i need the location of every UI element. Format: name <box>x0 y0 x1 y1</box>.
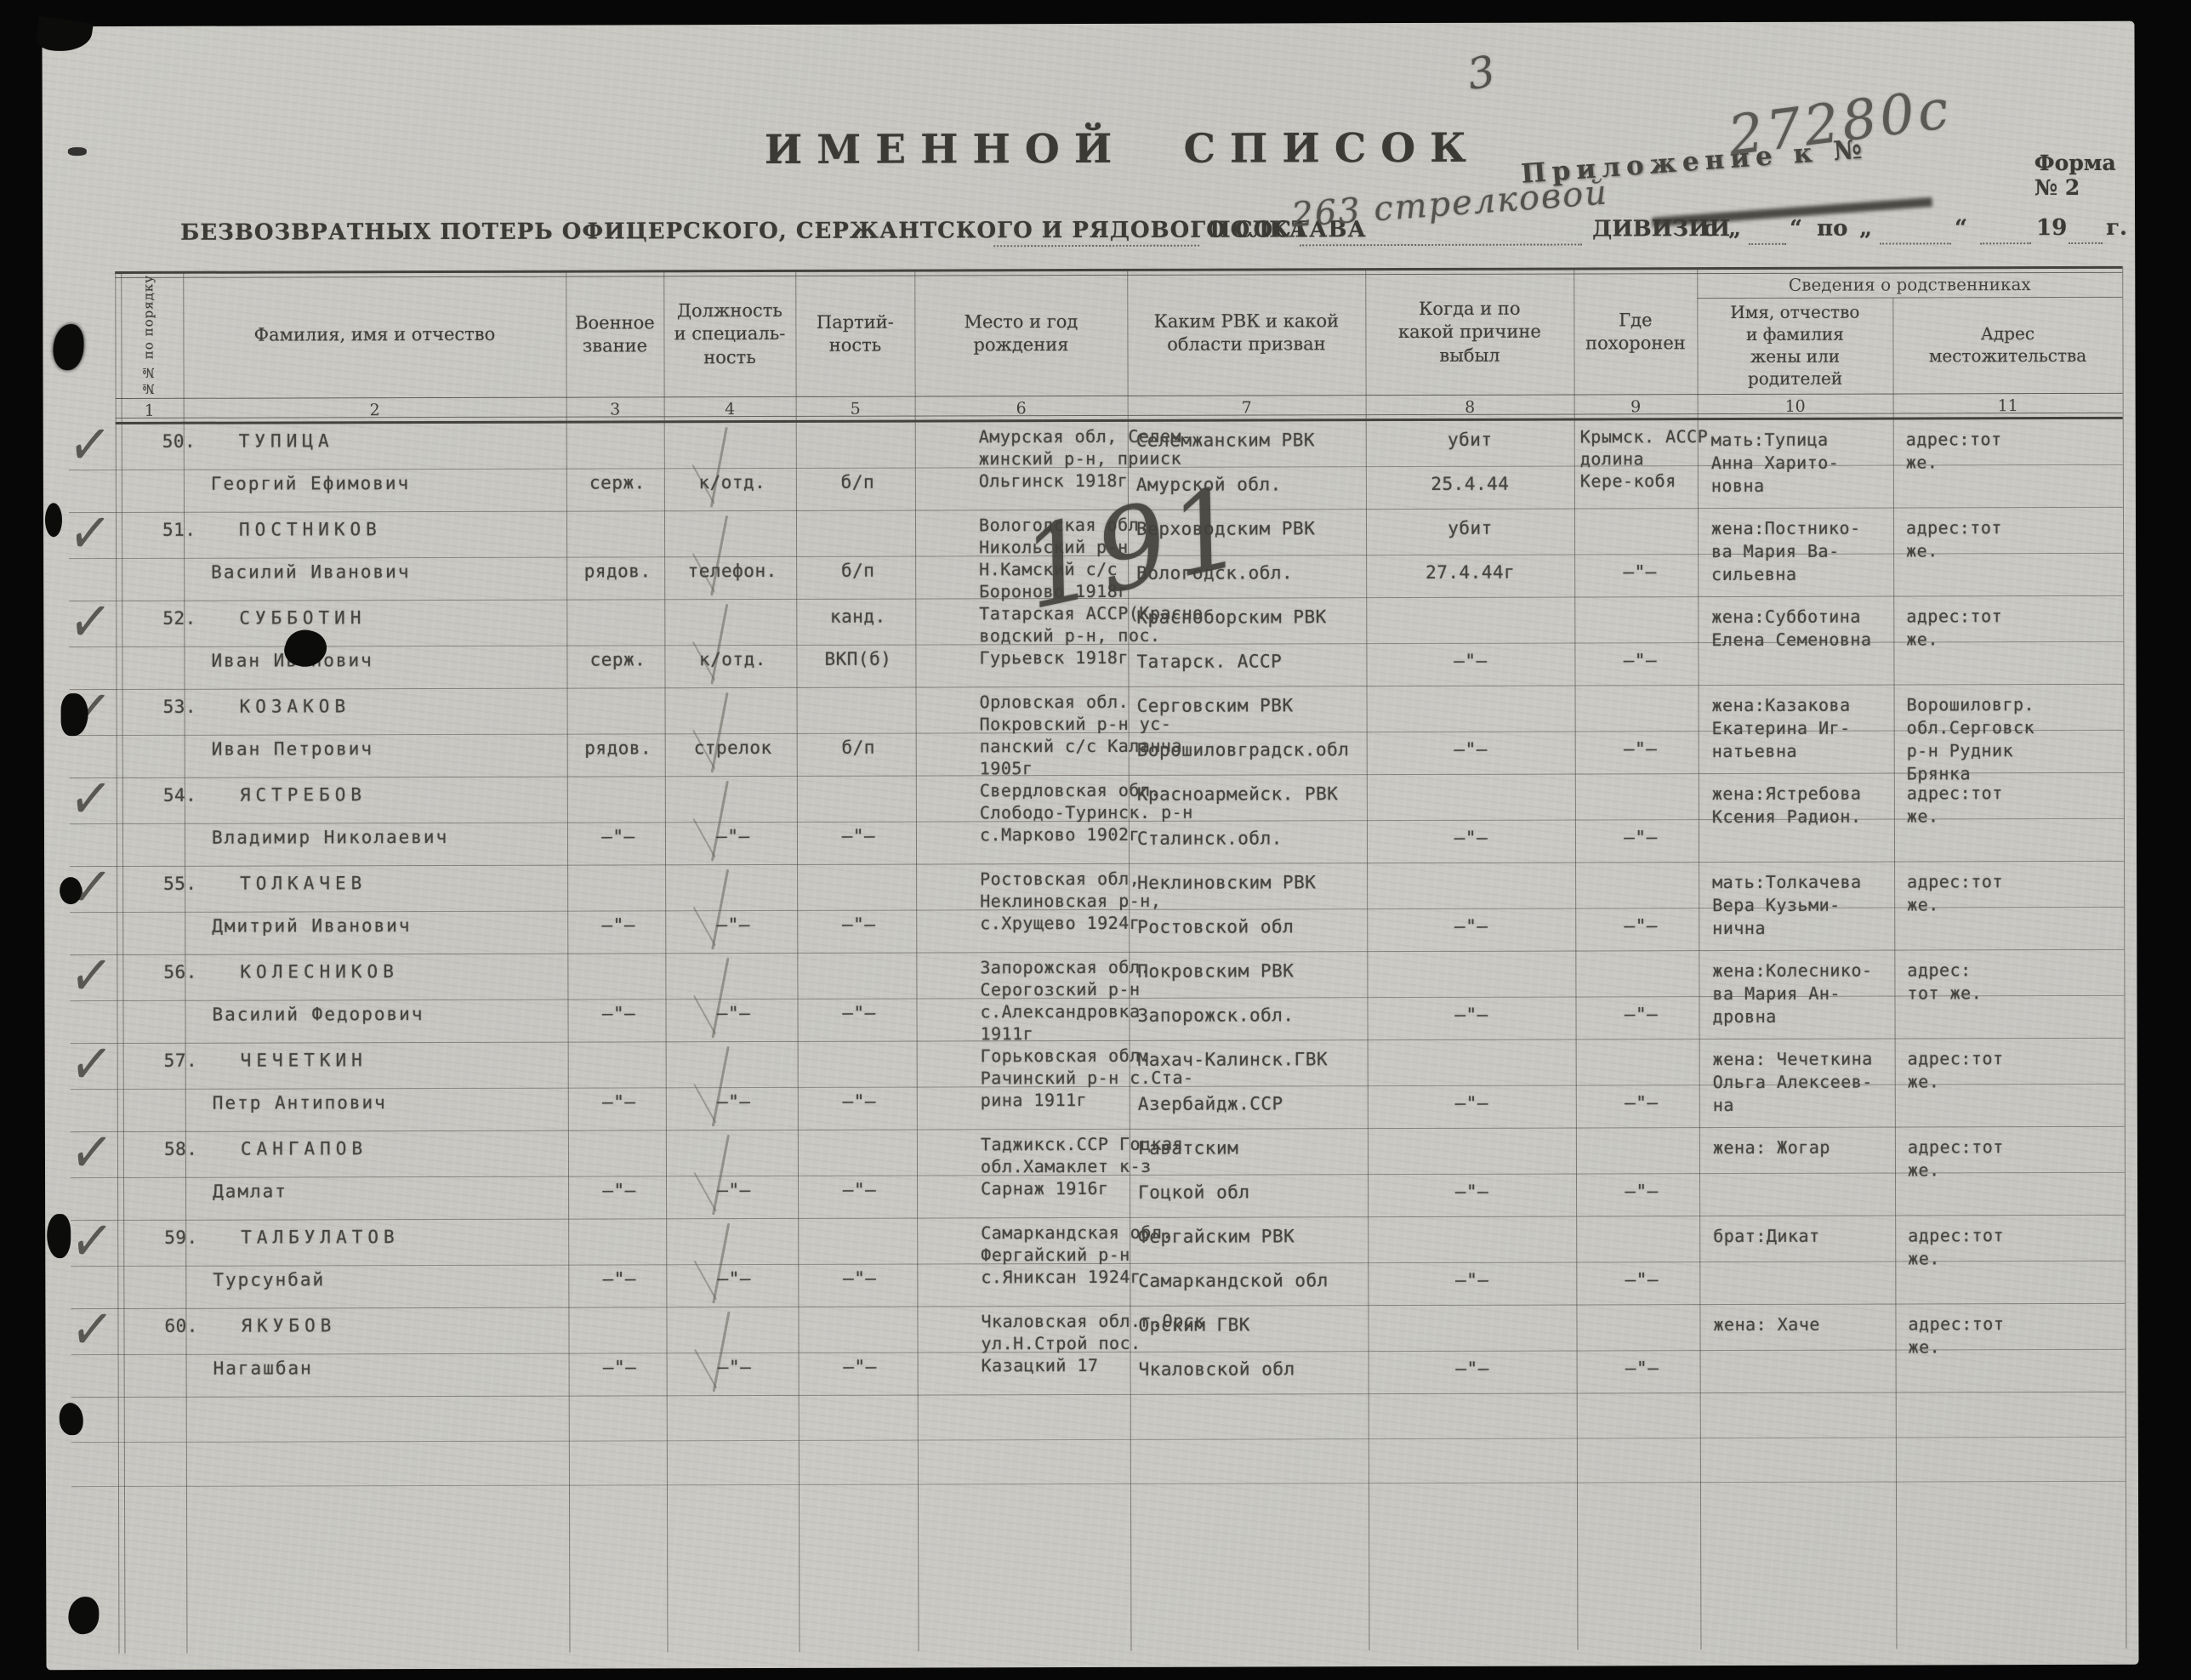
fate-date: 25.4.44 <box>1374 474 1566 495</box>
drafting-rvk: Серговским РВК <box>1137 695 1380 716</box>
fate <box>1374 607 1566 607</box>
fate-date: —"— <box>1376 1270 1568 1291</box>
drafting-rvk: Красноармейск. РВК <box>1137 783 1380 805</box>
ruled-line <box>71 1481 2126 1487</box>
party-status: —"— <box>806 1180 913 1200</box>
fate-date: —"— <box>1375 739 1567 760</box>
military-rank: серж. <box>575 649 660 669</box>
pencil-mark <box>702 692 739 773</box>
drafting-rvk: Гаватским <box>1138 1137 1380 1159</box>
party-status: —"— <box>805 914 912 935</box>
given-name: Нагашбан <box>213 1358 313 1378</box>
handwritten-page-number: 3 <box>1464 46 1500 100</box>
fate-date: —"— <box>1374 651 1566 672</box>
table-header: №№ по порядку Фамилия, имя и отчество Во… <box>115 266 2122 424</box>
position-specialty: —"— <box>674 1268 794 1289</box>
relative-address: адрес:тот же. <box>1908 1224 2129 1271</box>
relative-address: Ворошиловгр. обл.Серговск р-н Рудник Бря… <box>1907 693 2128 786</box>
military-rank: рядов. <box>575 561 660 581</box>
military-rank: рядов. <box>576 737 661 758</box>
dotted-rule <box>1880 242 1951 244</box>
party-status: —"— <box>806 1268 913 1289</box>
relative-address: адрес:тот же. <box>1908 1136 2129 1182</box>
fate <box>1375 695 1567 696</box>
fate: убит <box>1374 430 1566 451</box>
given-name: Турсунбай <box>213 1269 325 1290</box>
ruled-line <box>71 1437 2126 1443</box>
military-rank: —"— <box>576 1003 661 1023</box>
paper-damage <box>53 324 83 370</box>
party-status: —"— <box>807 1357 913 1377</box>
surname: ЯКУБОВ <box>241 1315 336 1335</box>
year-suffix: г. <box>2106 215 2127 241</box>
col-header-rvk: Каким РВК и какой области призван <box>1127 271 1365 396</box>
col-header-position: Должность и специаль- ность <box>663 272 795 396</box>
row-number: 50. <box>162 431 222 452</box>
table-row: ✓ 54. ЯСТРЕБОВ Владимир Николаевич —"— —… <box>117 773 2124 867</box>
position-specialty: —"— <box>675 1357 794 1377</box>
paper-damage <box>35 16 94 55</box>
burial-ditto: —"— <box>1583 1358 1702 1378</box>
relatives-group-header: Сведения о родственниках <box>1697 271 2122 299</box>
row-number: 55. <box>163 874 223 894</box>
table-row: ✓ 55. ТОЛКАЧЕВ Дмитрий Иванович —"— —"— … <box>117 862 2124 955</box>
military-rank: —"— <box>577 1268 662 1289</box>
page-title: ИМЕННОЙ СПИСОК <box>570 124 1676 174</box>
relative-name: жена: Жогар <box>1713 1136 1913 1159</box>
party-status-top: канд. <box>805 607 911 627</box>
row-number: 60. <box>164 1316 224 1336</box>
pencil-mark <box>701 515 738 596</box>
position-specialty: —"— <box>674 1091 794 1112</box>
drafting-rvk: Фергайским РВК <box>1138 1226 1380 1247</box>
relative-name: брат:Дикат <box>1713 1224 1913 1248</box>
row-number: 56. <box>163 962 223 982</box>
dotted-rule <box>1300 243 1582 246</box>
checkmark-annotation: ✓ <box>65 497 115 572</box>
relative-address: адрес:тот же. <box>1907 870 2128 917</box>
quote-close: “ <box>1955 215 1967 241</box>
relative-name: жена:Казакова Екатерина Иг- натьевна <box>1712 693 1912 763</box>
relative-address: адрес:тот же. <box>1908 1047 2129 1094</box>
drafting-rvk: Неклиновским РВК <box>1137 872 1380 893</box>
given-name: Иван Петрович <box>212 738 373 759</box>
col-number: 7 <box>1128 398 1366 418</box>
year-label: 19 <box>2036 215 2067 241</box>
party-status: —"— <box>806 1091 913 1112</box>
col-number: 1 <box>116 401 184 420</box>
relative-name: жена: Хаче <box>1713 1313 1913 1336</box>
row-number: 53. <box>163 697 223 717</box>
paper-damage <box>60 877 82 904</box>
military-rank: —"— <box>577 1180 662 1200</box>
quote-open: „ <box>1728 216 1741 242</box>
fate <box>1376 1137 1568 1138</box>
position-specialty: —"— <box>674 1003 793 1023</box>
drafting-oblast: Чкаловской обл <box>1139 1358 1390 1380</box>
military-rank: —"— <box>578 1357 663 1377</box>
checkmark-annotation: ✓ <box>65 585 115 660</box>
drafting-rvk: Красноборским РВК <box>1136 607 1379 628</box>
paper-damage <box>68 147 87 156</box>
handwritten-regiment: 263 стрелковой <box>1290 173 1610 235</box>
party-status: ВКП(б) <box>805 649 911 669</box>
col-header-relative: Имя, отчество и фамилия жены или родител… <box>1697 299 1892 393</box>
col-header-rank: Военное звание <box>566 272 663 396</box>
party-status: б/п <box>805 561 911 581</box>
burial-ditto: —"— <box>1582 1269 1701 1290</box>
drafting-rvk: Махач-Калинск.ГВК <box>1138 1049 1380 1070</box>
paper-damage <box>60 1403 83 1435</box>
burial-ditto: —"— <box>1581 915 1700 936</box>
drafting-oblast: Татарск. АССР <box>1136 651 1387 672</box>
scanned-document-page: 3 Приложение к № 27280с Форма № 2 ИМЕННО… <box>42 21 2138 1670</box>
relative-address: адрес:тот же. <box>1906 428 2127 475</box>
checkmark-annotation: ✓ <box>66 1204 117 1279</box>
given-name: Георгий Ефимович <box>211 473 410 494</box>
drafting-oblast: Самаркандской обл <box>1138 1270 1389 1291</box>
col-number: 5 <box>796 400 915 419</box>
relative-name: жена:Субботина Елена Семеновна <box>1711 605 1911 652</box>
surname: ЧЕЧЕТКИН <box>241 1050 367 1070</box>
table-row: ✓ 57. ЧЕЧЕТКИН Петр Антипович —"— —"— —"… <box>117 1039 2125 1132</box>
col-header-address: Адрес местожительства <box>1892 298 2122 392</box>
military-rank: —"— <box>576 914 661 935</box>
checkmark-annotation: ✓ <box>66 1116 117 1191</box>
given-name: Дмитрий Иванович <box>212 915 411 937</box>
relative-name: жена:Постнико- ва Мария Ва- сильевна <box>1711 516 1911 586</box>
fate-date: —"— <box>1376 1093 1568 1114</box>
dotted-rule <box>2069 242 2103 244</box>
burial-ditto: —"— <box>1581 1004 1700 1024</box>
surname: КОЛЕСНИКОВ <box>240 961 398 982</box>
row-number: 57. <box>164 1051 224 1071</box>
fate-date: —"— <box>1375 1005 1567 1026</box>
subtitle: БЕЗВОЗВРАТНЫХ ПОТЕРЬ ОФИЦЕРСКОГО, СЕРЖАН… <box>180 217 1367 246</box>
po-label: по <box>1817 216 1847 242</box>
military-rank: —"— <box>577 1091 662 1112</box>
row-number: 58. <box>164 1139 224 1159</box>
surname: ПОСТНИКОВ <box>239 519 382 539</box>
drafting-oblast: Запорожск.обл. <box>1137 1005 1388 1026</box>
pencil-mark <box>702 868 739 950</box>
relative-address: адрес:тот же. <box>1907 782 2128 829</box>
col-number: 4 <box>664 400 796 419</box>
given-name: Василий Иванович <box>211 561 410 583</box>
col-header-index: №№ по порядку <box>115 274 183 398</box>
relative-address: адрес:тот же. <box>1906 605 2127 652</box>
col-header-fate: Когда и по какой причине выбыл <box>1365 271 1574 396</box>
position-specialty: —"— <box>674 1180 794 1200</box>
col-number: 3 <box>566 400 664 419</box>
checkmark-annotation: ✓ <box>66 1028 117 1102</box>
position-specialty: —"— <box>674 914 793 935</box>
table-row: ✓ 59. ТАЛБУЛАТОВ Турсунбай —"— —"— —"— С… <box>117 1216 2125 1309</box>
checkmark-annotation: ✓ <box>65 408 115 483</box>
fate-date: —"— <box>1375 828 1567 849</box>
checkmark-annotation: ✓ <box>67 1293 117 1368</box>
given-name: Дамлат <box>213 1181 287 1201</box>
drafting-oblast: Гоцкой обл <box>1138 1182 1389 1203</box>
row-number: 54. <box>163 785 223 806</box>
col-header-name: Фамилия, имя и отчество <box>183 273 566 398</box>
paper-damage <box>47 1214 71 1258</box>
col-number: 8 <box>1366 398 1574 418</box>
fate <box>1376 1314 1568 1315</box>
paper-damage <box>68 1597 99 1634</box>
col-header-burial: Где похоронен <box>1574 270 1697 394</box>
burial-ditto: —"— <box>1581 738 1700 759</box>
col-number: 9 <box>1574 397 1698 416</box>
surname: ТУПИЦА <box>239 430 334 451</box>
handwritten-stamp-number: 27280с <box>1725 78 1955 168</box>
fate-date: —"— <box>1376 1182 1568 1203</box>
fate <box>1375 872 1567 873</box>
row-number: 59. <box>164 1227 224 1248</box>
burial-ditto: —"— <box>1582 1092 1701 1113</box>
table-row: ✓ 56. КОЛЕСНИКОВ Василий Федорович —"— —… <box>117 950 2124 1044</box>
drafting-oblast: Сталинск.обл. <box>1137 828 1388 849</box>
dotted-rule <box>1980 242 2031 244</box>
given-name: Петр Антипович <box>213 1092 387 1113</box>
pencil-mark <box>703 1222 740 1304</box>
party-status: б/п <box>805 472 911 493</box>
surname: СУББОТИН <box>239 607 366 628</box>
surname: КОЗАКОВ <box>240 696 351 716</box>
col-number: 6 <box>915 399 1128 419</box>
pencil-mark <box>702 780 739 862</box>
relative-name: жена: Чечеткина Ольга Алексеев- на <box>1713 1047 1913 1117</box>
party-status: —"— <box>805 1003 912 1023</box>
burial-ditto: —"— <box>1581 827 1700 847</box>
drafting-rvk: Покровским РВК <box>1137 960 1380 982</box>
checkmark-annotation: ✓ <box>65 762 116 837</box>
pencil-mark <box>702 957 739 1039</box>
surname: ТОЛКАЧЕВ <box>240 873 367 893</box>
relative-address: адрес: тот же. <box>1907 959 2128 1005</box>
burial-ditto: —"— <box>1580 650 1699 670</box>
burial-ditto: —"— <box>1582 1181 1701 1201</box>
fate <box>1375 783 1567 784</box>
military-rank: серж. <box>575 472 660 493</box>
surname: ТАЛБУЛАТОВ <box>241 1227 399 1247</box>
table-row: ✓ 53. КОЗАКОВ Иван Петрович рядов. стрел… <box>117 685 2124 778</box>
position-specialty: к/отд. <box>673 649 792 669</box>
fate: убит <box>1374 518 1566 539</box>
fate <box>1376 1226 1568 1227</box>
burial-ditto: —"— <box>1580 561 1699 582</box>
given-name: Василий Федорович <box>212 1004 424 1025</box>
relative-address: адрес:тот же. <box>1906 516 2127 563</box>
casualty-table: №№ по порядку Фамилия, имя и отчество Во… <box>115 266 2126 1666</box>
surname: САНГАПОВ <box>241 1138 367 1159</box>
given-name: Владимир Николаевич <box>212 827 448 848</box>
col-number: 2 <box>184 401 566 420</box>
col-number: 11 <box>1893 396 2123 416</box>
relative-name: жена:Ястребова Ксения Радион. <box>1712 782 1912 829</box>
fate-date: 27.4.44г <box>1374 562 1566 584</box>
relative-name: мать:Тупица Анна Харито- новна <box>1711 428 1911 498</box>
form-number-label: Форма № 2 <box>2034 151 2135 200</box>
relative-name: мать:Толкачева Вера Кузьми- нична <box>1712 870 1912 940</box>
party-status: б/п <box>805 737 912 758</box>
position-specialty: стрелок <box>674 737 793 758</box>
col-header-index-label: №№ по порядку <box>140 275 157 396</box>
drafting-oblast: Ворошиловградск.обл <box>1137 739 1388 760</box>
military-rank: —"— <box>576 826 661 846</box>
table-row: ✓ 60. ЯКУБОВ Нагашбан —"— —"— —"— Чкалов… <box>117 1304 2125 1398</box>
col-number: 10 <box>1698 397 1893 417</box>
drafting-rvk: Селемжанским РВК <box>1136 430 1379 451</box>
paper-damage <box>45 503 62 537</box>
row-number: 52. <box>162 608 222 629</box>
fate-date: —"— <box>1377 1358 1568 1380</box>
position-specialty: к/отд. <box>673 472 792 493</box>
relative-name: жена:Колеснико- ва Мария Ан- дровна <box>1712 959 1912 1028</box>
fate-date: —"— <box>1375 916 1567 937</box>
dotted-rule <box>1749 243 1786 245</box>
drafting-oblast: Ростовской обл <box>1137 916 1388 937</box>
drafting-rvk: Орским ГВК <box>1138 1314 1380 1335</box>
s-label: с <box>1703 216 1716 242</box>
quote-close: “ <box>1790 216 1802 242</box>
position-specialty: —"— <box>674 826 793 846</box>
drafting-oblast: Азербайдж.ССР <box>1138 1093 1389 1114</box>
fate <box>1376 1049 1568 1050</box>
table-row: ✓ 58. САНГАПОВ Дамлат —"— —"— —"— Таджик… <box>117 1127 2125 1221</box>
pencil-mark <box>703 1311 740 1392</box>
checkmark-annotation: ✓ <box>65 939 116 1014</box>
quote-open: „ <box>1859 216 1872 242</box>
position-specialty: телефон. <box>673 561 792 581</box>
pencil-mark <box>703 1134 740 1216</box>
pencil-mark <box>701 603 738 685</box>
col-header-party: Партий- ность <box>795 272 914 396</box>
dotted-rule <box>993 245 1199 248</box>
burial-place: Крымск. АССР долина Кере-кобя <box>1580 425 1725 492</box>
fate <box>1375 960 1567 961</box>
row-number: 51. <box>162 520 222 540</box>
pencil-mark <box>701 426 738 508</box>
col-header-birthplace: Место и год рождения <box>914 271 1127 396</box>
pencil-mark <box>703 1045 740 1127</box>
surname: ЯСТРЕБОВ <box>240 784 367 805</box>
party-status: —"— <box>805 826 912 846</box>
relative-address: адрес:тот же. <box>1908 1313 2129 1359</box>
